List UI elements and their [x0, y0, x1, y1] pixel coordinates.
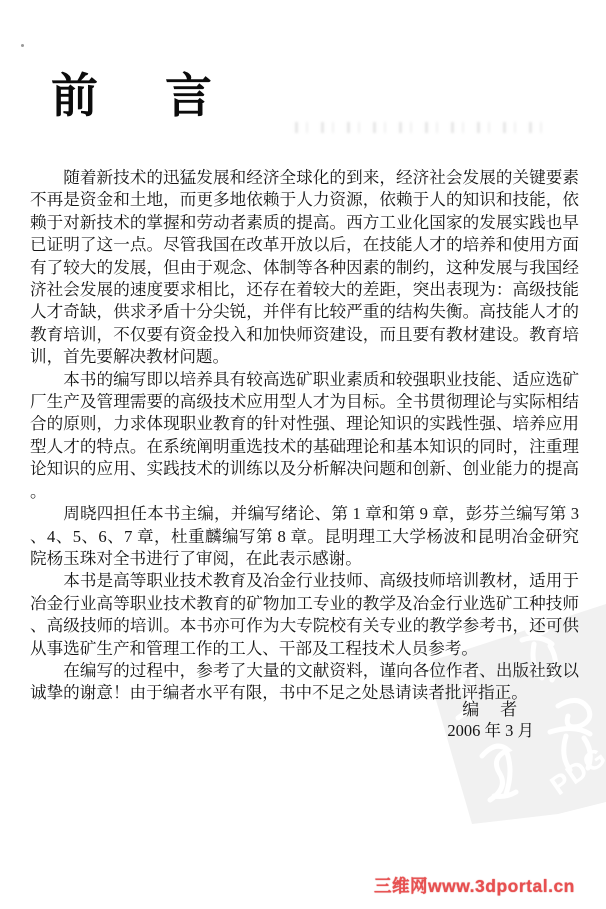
scan-smudge-artifact	[295, 122, 547, 133]
signature-block: 编 者 2006 年 3 月	[447, 700, 534, 740]
paragraph: 本书是高等职业技术教育及冶金行业技师、高级技师培训教材，适用于冶金行业高等职业技…	[30, 570, 579, 660]
preface-body: 随着新技术的迅猛发展和经济全球化的到来，经济社会发展的关键要素不再是资金和土地，…	[30, 167, 579, 705]
page-title: 前 言	[51, 72, 212, 124]
paragraph: 在编写的过程中，参考了大量的文献资料，谨向各位作者、出版社致以诚挚的谢意！由于编…	[30, 660, 579, 705]
paragraph: 随着新技术的迅猛发展和经济全球化的到来，经济社会发展的关键要素不再是资金和土地，…	[30, 167, 579, 369]
scan-speck	[21, 44, 24, 47]
title-char-first: 前	[51, 72, 98, 124]
signature-author: 编 者	[447, 700, 534, 719]
title-char-second: 言	[165, 72, 212, 124]
signature-date: 2006 年 3 月	[447, 721, 534, 740]
paragraph: 本书的编写即以培养具有较高选矿职业素质和较强职业技能、适应选矿厂生产及管理需要的…	[30, 369, 579, 503]
paragraph: 周晓四担任本书主编，并编写绪论、第 1 章和第 9 章，彭芬兰编写第 3、4、5…	[30, 503, 579, 570]
site-watermark: 三维网www.3dportal.cn	[374, 873, 575, 898]
scanned-preface-page: 前 言 PDG 随着新技术的迅猛发展和经济全球化的到来，经济社会发展的关键要素不…	[0, 0, 606, 909]
